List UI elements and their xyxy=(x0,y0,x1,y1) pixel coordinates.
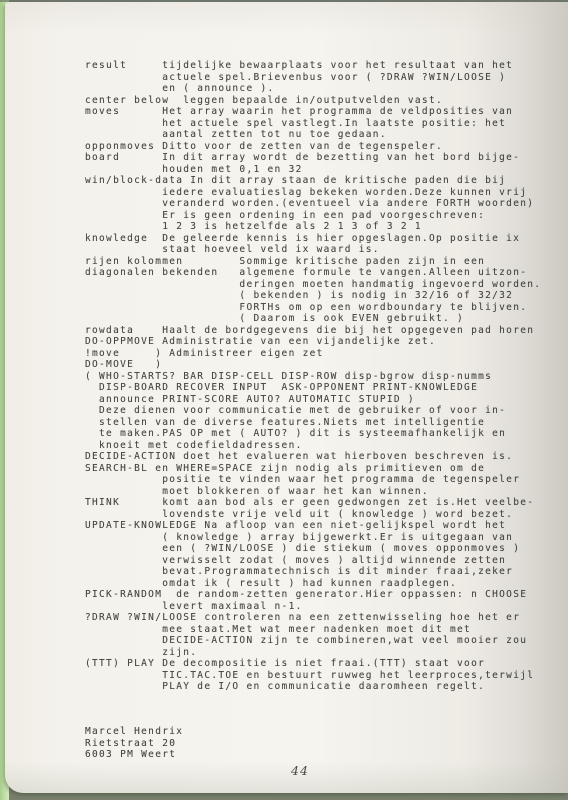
author-address: Marcel Hendrix Rietstraat 20 6003 PM Wee… xyxy=(85,726,183,761)
scanned-document: { "colors": { "paper": "#f4f2ec", "cover… xyxy=(0,0,568,800)
page-number: 44 xyxy=(291,763,309,778)
scanned-page: result tijdelijke bewaarplaats voor het … xyxy=(5,2,568,793)
glossary-listing-text: result tijdelijke bewaarplaats voor het … xyxy=(85,60,541,693)
